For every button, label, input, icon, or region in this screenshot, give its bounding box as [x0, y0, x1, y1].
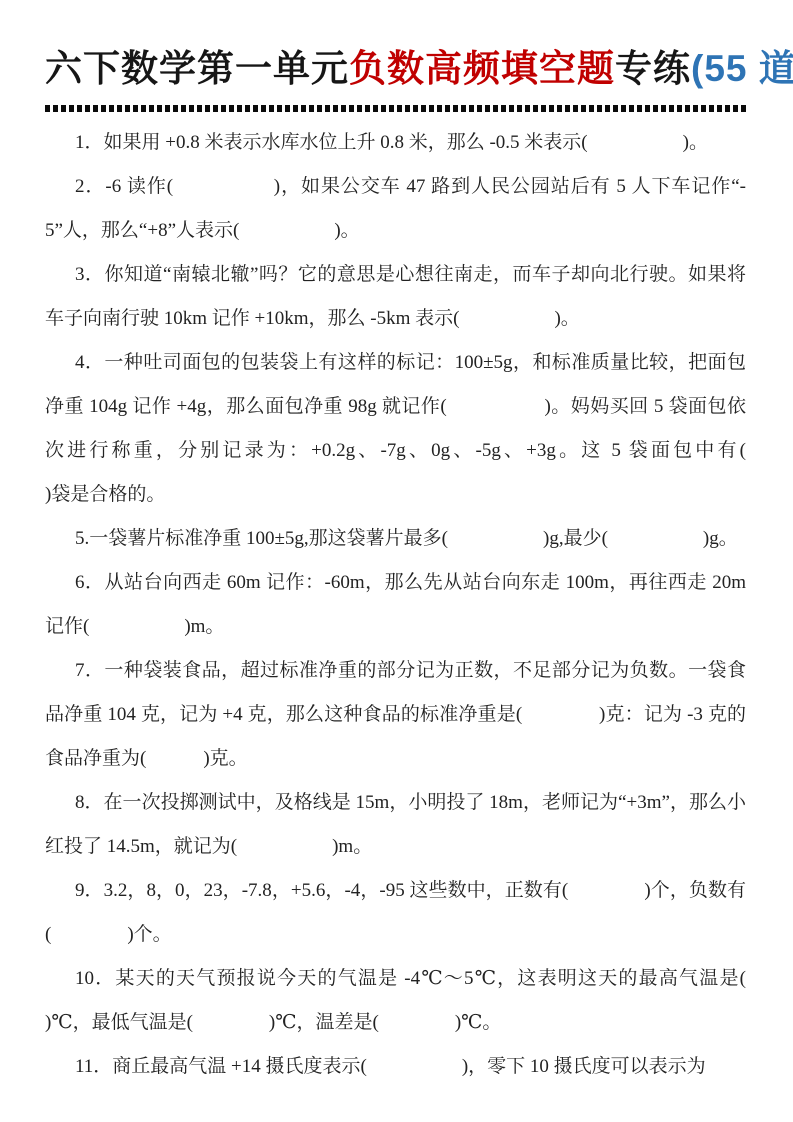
worksheet-page: 六下数学第一单元负数高频填空题专练(55 道) 1．如果用 +0.8 米表示水库… — [0, 0, 793, 1122]
question-4: 4．一种吐司面包的包装袋上有这样的标记：100±5g，和标准质量比较，把面包净重… — [45, 341, 746, 517]
question-5: 5.一袋薯片标准净重 100±5g,那这袋薯片最多( )g,最少( )g。 — [45, 517, 746, 561]
title-part-count: (55 道) — [691, 48, 793, 89]
dotted-divider — [45, 105, 746, 112]
question-3: 3．你知道“南辕北辙”吗？它的意思是心想往南走，而车子却向北行驶。如果将车子向南… — [45, 253, 746, 341]
worksheet-title: 六下数学第一单元负数高频填空题专练(55 道) — [45, 46, 746, 92]
question-9: 9．3.2，8，0，23，-7.8，+5.6，-4，-95 这些数中，正数有( … — [45, 869, 746, 957]
question-7: 7．一种袋装食品，超过标准净重的部分记为正数，不足部分记为负数。一袋食品净重 1… — [45, 649, 746, 781]
title-part-suffix: 专练 — [615, 48, 691, 89]
question-1: 1．如果用 +0.8 米表示水库水位上升 0.8 米，那么 -0.5 米表示( … — [45, 121, 746, 165]
title-part-unit: 六下数学第一单元 — [45, 48, 349, 89]
question-10: 10．某天的天气预报说今天的气温是 -4℃～5℃，这表明这天的最高气温是( )℃… — [45, 957, 746, 1045]
question-list: 1．如果用 +0.8 米表示水库水位上升 0.8 米，那么 -0.5 米表示( … — [45, 121, 746, 1089]
question-6: 6．从站台向西走 60m 记作：-60m，那么先从站台向东走 100m，再往西走… — [45, 561, 746, 649]
title-part-topic: 负数高频填空题 — [349, 48, 615, 89]
question-2: 2．-6 读作( )，如果公交车 47 路到人民公园站后有 5 人下车记作“-5… — [45, 165, 746, 253]
question-11: 11．商丘最高气温 +14 摄氏度表示( )，零下 10 摄氏度可以表示为 — [45, 1045, 746, 1089]
question-8: 8．在一次投掷测试中，及格线是 15m，小明投了 18m，老师记为“+3m”，那… — [45, 781, 746, 869]
